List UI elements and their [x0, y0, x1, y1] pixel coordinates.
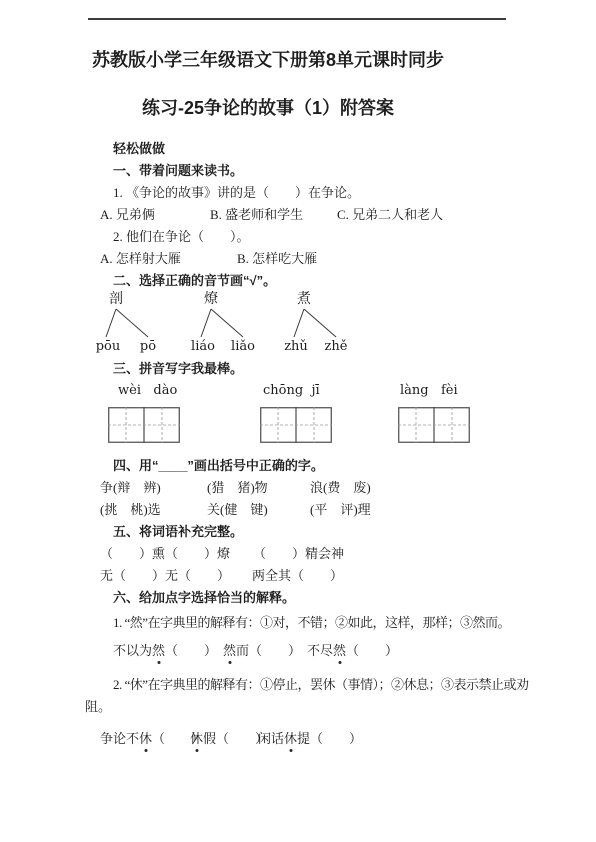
- dotted-word-blank: 不以为然（ ）: [113, 640, 217, 662]
- word-post: （ ）: [346, 643, 398, 658]
- section4-row2: (挑 桃)选 关(健 键) (平 评)理: [85, 499, 525, 521]
- pinyin-option-left: pōu: [96, 339, 121, 354]
- idiom-blank: 两全其（ ）: [252, 565, 343, 587]
- document-title: 苏教版小学三年级语文下册第8单元课时同步 练习-25争论的故事（1）附答案: [81, 36, 455, 132]
- dotted-word-blank: 争论不休（ ）: [100, 728, 204, 750]
- section1-question2: 2. 他们在争论（ ）。: [85, 226, 525, 248]
- fork-lines-icon: [92, 308, 172, 338]
- section1-question1: 1. 《争论的故事》讲的是（ ）在争论。: [85, 182, 525, 204]
- dotted-char: 休: [190, 728, 203, 750]
- pinyin-option-right: liǎo: [231, 339, 255, 354]
- section6-item2-line2: 阻。: [85, 696, 525, 718]
- word-pre: 不尽: [307, 643, 333, 658]
- dotted-word-blank: 不尽然（ ）: [307, 640, 398, 662]
- worksheet-content: 苏教版小学三年级语文下册第8单元课时同步 练习-25争论的故事（1）附答案 轻松…: [85, 36, 525, 750]
- hanzi-char: 燎: [204, 292, 218, 308]
- section3-pinyin-labels: wèi dào chōng jī làng fèi: [85, 380, 525, 402]
- tianzige-grid: [108, 407, 180, 443]
- dotted-word-blank: 闲话休提（ ）: [258, 728, 362, 750]
- word-post: （ ）: [165, 643, 217, 658]
- pinyin-option-right: zhě: [325, 339, 348, 354]
- worksheet-page: 苏教版小学三年级语文下册第8单元课时同步 练习-25争论的故事（1）附答案 轻松…: [0, 0, 596, 842]
- dotted-word-blank: 然而（ ）: [223, 640, 301, 662]
- section5-row1: （ ）熏（ ）燎 （ ）精会神: [85, 543, 525, 565]
- choice-pair: 浪(费 废): [310, 477, 371, 499]
- section2-heading: 二、选择正确的音节画“√”。: [85, 270, 525, 292]
- idiom-blank: 无（ ）无（ ）: [100, 565, 230, 587]
- pinyin-group-liao: 燎 liáo liǎo: [187, 292, 267, 354]
- dotted-word-blank: 休假（ ）: [190, 728, 268, 750]
- pinyin-option-left: liáo: [191, 339, 215, 354]
- choice-pair: 争(辩 辨): [100, 477, 161, 499]
- dotted-char: 休: [284, 728, 297, 750]
- dotted-char: 然: [223, 640, 236, 662]
- choice-pair: 关(健 键): [207, 499, 268, 521]
- document-title-line2: 练习-25争论的故事（1）附答案: [81, 84, 455, 132]
- dotted-char: 然: [333, 640, 346, 662]
- word-pre: 不以为: [113, 643, 152, 658]
- section6-heading: 六、给加点字选择恰当的解释。: [85, 587, 525, 609]
- word-pre: 争论不: [100, 731, 139, 746]
- hanzi-char: 剖: [109, 292, 123, 308]
- section6-item1: 1. “然”在字典里的解释有：①对，不错；②如此，这样，那样；③然而。: [85, 612, 525, 634]
- section3-heading: 三、拼音写字我最棒。: [85, 358, 525, 380]
- pinyin-label: làng fèi: [400, 380, 458, 402]
- option-a: A. 怎样射大雁: [100, 248, 181, 270]
- fork-lines-icon: [187, 308, 267, 338]
- tianzige-grid: [398, 407, 470, 443]
- choice-pair: (猎 猪)物: [207, 477, 268, 499]
- document-title-line1: 苏教版小学三年级语文下册第8单元课时同步: [81, 36, 455, 84]
- section6-row2: 争论不休（ ） 休假（ ） 闲话休提（ ）: [85, 728, 525, 750]
- choice-pair: (平 评)理: [310, 499, 371, 521]
- section4-row1: 争(辩 辨) (猎 猪)物 浪(费 废): [85, 477, 525, 499]
- option-a: A. 兄弟俩: [100, 204, 155, 226]
- subtitle: 轻松做做: [85, 138, 525, 160]
- pinyin-group-pou: 剖 pōu pō: [92, 292, 172, 354]
- word-post: 而（ ）: [236, 643, 301, 658]
- choice-pair: (挑 桃)选: [100, 499, 161, 521]
- section1-q1-options: A. 兄弟俩 B. 盛老师和学生 C. 兄弟二人和老人: [85, 204, 525, 226]
- hanzi-char: 煮: [297, 292, 311, 308]
- pinyin-option-right: pō: [140, 339, 156, 354]
- pinyin-group-zhu: 煮 zhǔ zhě: [280, 292, 360, 354]
- option-b: B. 怎样吃大雁: [237, 248, 317, 270]
- pinyin-option-left: zhǔ: [284, 339, 308, 354]
- pronunciation-choice-diagram: 剖 pōu pō 燎 liáo liǎo 煮: [85, 292, 525, 354]
- section6-row1: 不以为然（ ） 然而（ ） 不尽然（ ）: [85, 640, 525, 662]
- section1-heading: 一、带着问题来读书。: [85, 160, 525, 182]
- section1-q2-options: A. 怎样射大雁 B. 怎样吃大雁: [85, 248, 525, 270]
- writing-grids-row: [85, 407, 525, 443]
- section5-heading: 五、将词语补充完整。: [85, 521, 525, 543]
- section5-row2: 无（ ）无（ ） 两全其（ ）: [85, 565, 525, 587]
- dotted-char: 然: [152, 640, 165, 662]
- idiom-blank: （ ）精会神: [253, 543, 344, 565]
- dotted-char: 休: [139, 728, 152, 750]
- pinyin-label: chōng jī: [263, 380, 320, 402]
- pinyin-label: wèi dào: [118, 380, 177, 402]
- word-post: 提（ ）: [297, 731, 362, 746]
- section4-heading: 四、用“____”画出括号中正确的字。: [85, 455, 525, 477]
- tianzige-grid: [260, 407, 332, 443]
- header-rule: [88, 18, 506, 20]
- idiom-blank: （ ）熏（ ）燎: [100, 543, 230, 565]
- option-b: B. 盛老师和学生: [210, 204, 303, 226]
- word-pre: 闲话: [258, 731, 284, 746]
- section6-item2-line1: 2. “休”在字典里的解释有：①停止，罢休（事情）；②休息；③表示禁止或劝: [85, 674, 525, 696]
- fork-lines-icon: [280, 308, 360, 338]
- option-c: C. 兄弟二人和老人: [337, 204, 443, 226]
